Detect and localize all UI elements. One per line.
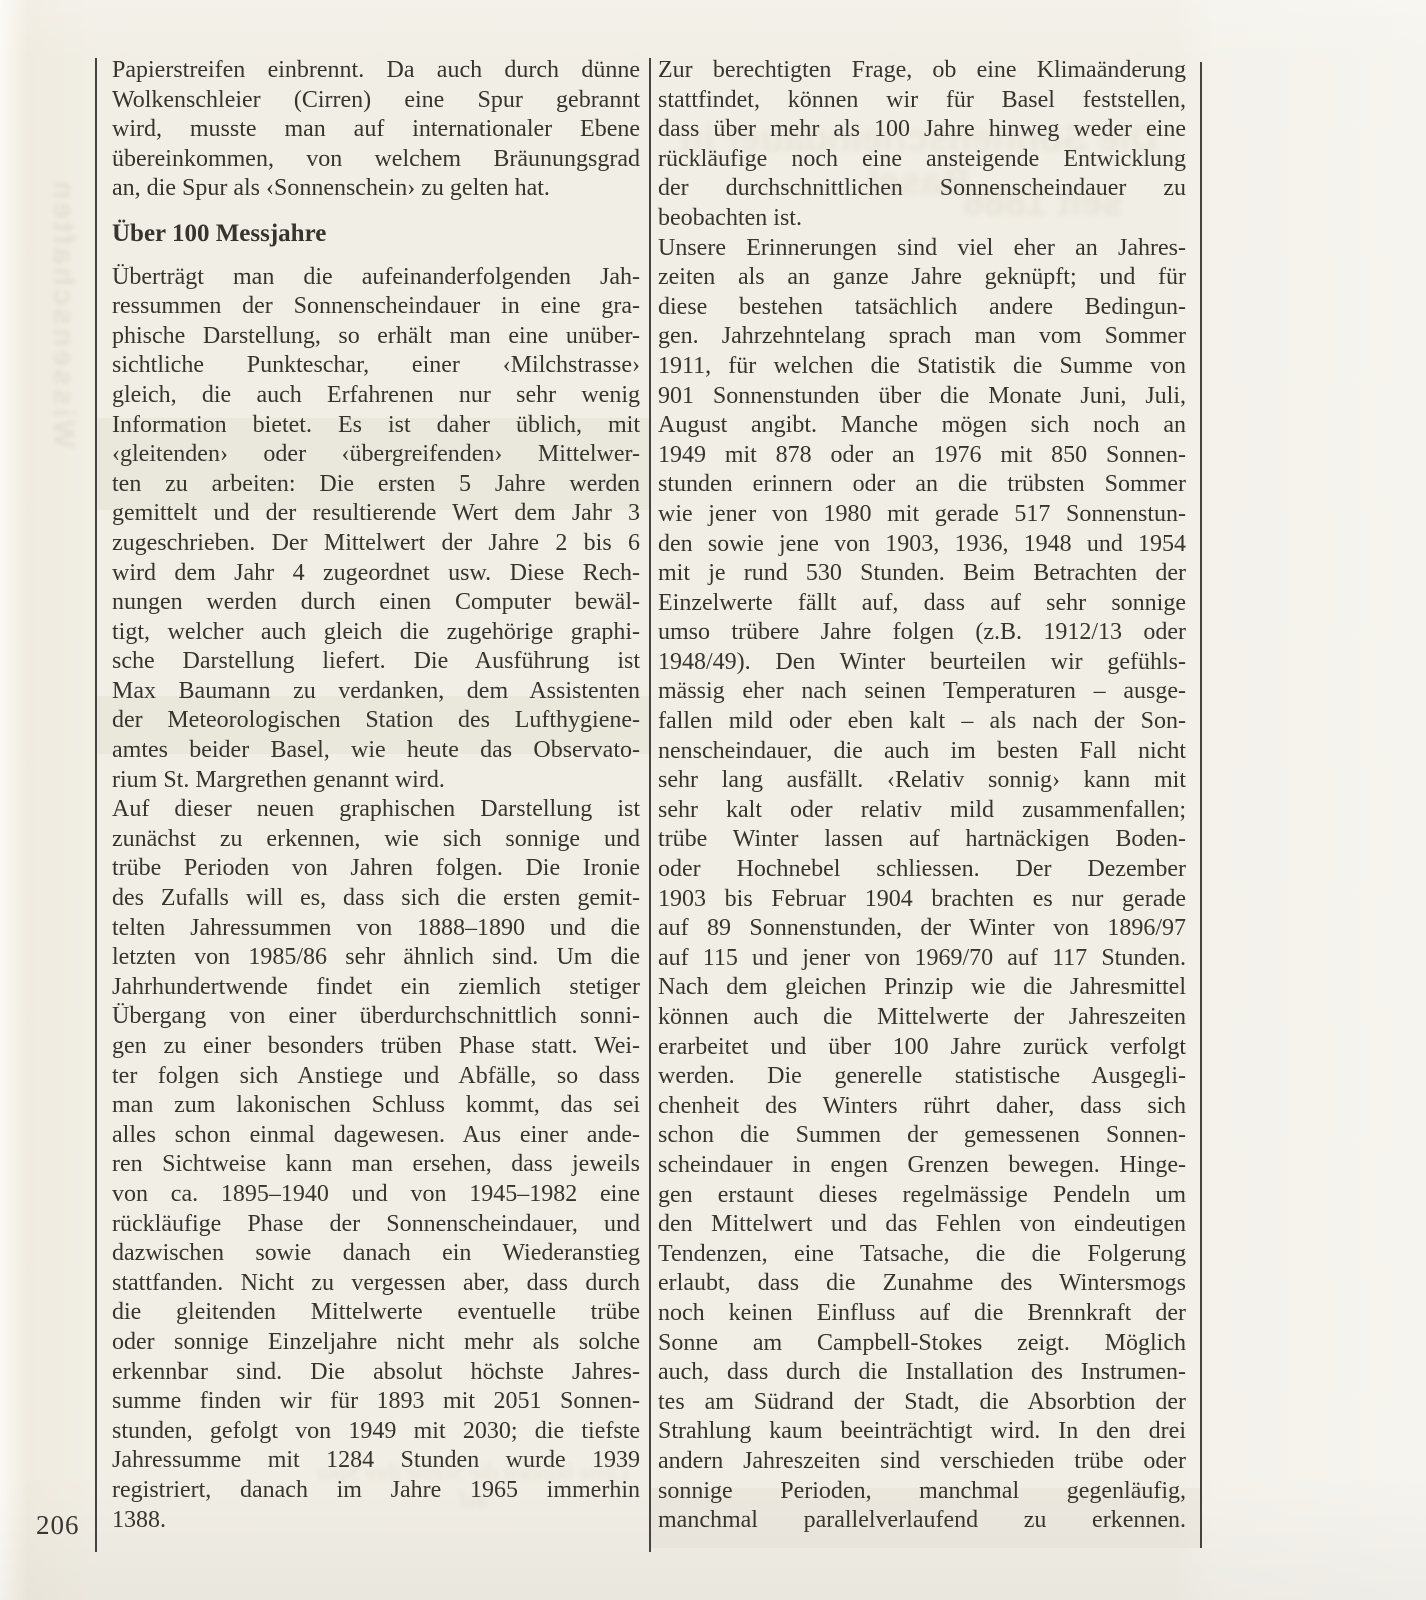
- text-line: ren Sichtweise kann man ersehen, dass je…: [112, 1150, 640, 1180]
- text-line: 1388.: [112, 1506, 640, 1536]
- text-line: rückläufige Phase der Sonnenscheindauer,…: [112, 1210, 640, 1240]
- right-paragraphs: Zur berechtigten Frage, ob eine Klimaänd…: [658, 56, 1186, 1536]
- right-column: Zur berechtigten Frage, ob eine Klimaänd…: [658, 56, 1186, 1536]
- text-line: rückläufige noch eine ansteigende Entwic…: [658, 145, 1186, 175]
- text-line: übereinkommen, von welchem Bräunungsgrad: [112, 145, 640, 175]
- scanned-page: Wissenschaften Die Sonnenscheindauer in …: [0, 0, 1426, 1600]
- text-line: rium St. Margrethen genannt wird.: [112, 766, 640, 796]
- text-line: dazwischen sowie danach ein Wiederanstie…: [112, 1239, 640, 1269]
- text-line: Strahlung kaum beeinträchtigt wird. In d…: [658, 1417, 1186, 1447]
- text-line: Jahressumme mit 1284 Stunden wurde 1939: [112, 1446, 640, 1476]
- text-line: tigt, welcher auch gleich die zugehörige…: [112, 618, 640, 648]
- text-line: Nach dem gleichen Prinzip wie die Jahres…: [658, 973, 1186, 1003]
- text-line: Max Baumann zu verdanken, dem Assistente…: [112, 677, 640, 707]
- text-line: August angibt. Manche mögen sich noch an: [658, 411, 1186, 441]
- left-column-rule: [95, 58, 97, 1552]
- text-line: des Zufalls will es, dass sich die erste…: [112, 884, 640, 914]
- text-line: erkennbar sind. Die absolut höchste Jahr…: [112, 1358, 640, 1388]
- text-line: gen. Jahrzehntelang sprach man vom Somme…: [658, 322, 1186, 352]
- text-line: auf 115 und jener von 1969/70 auf 117 St…: [658, 944, 1186, 974]
- text-line: alles schon einmal dagewesen. Aus einer …: [112, 1121, 640, 1151]
- text-line: gen erstaunt dieses regelmässige Pendeln…: [658, 1181, 1186, 1211]
- text-line: wie jener von 1980 mit gerade 517 Sonnen…: [658, 500, 1186, 530]
- bleedthrough-margin-text: Wissenschaften: [38, 88, 80, 448]
- text-line: Information bietet. Es ist daher üblich,…: [112, 411, 640, 441]
- text-line: 1903 bis Februar 1904 brachten es nur ge…: [658, 885, 1186, 915]
- text-line: sichtliche Punkteschar, einer ‹Milchstra…: [112, 351, 640, 381]
- text-line: stunden, gefolgt von 1949 mit 2030; die …: [112, 1417, 640, 1447]
- text-line: trübe Perioden von Jahren folgen. Die Ir…: [112, 854, 640, 884]
- center-column-rule: [649, 58, 651, 1552]
- text-line: Auf dieser neuen graphischen Darstellung…: [112, 795, 640, 825]
- text-line: stattfindet, können wir für Basel festst…: [658, 86, 1186, 116]
- text-line: diese bestehen tatsächlich andere Beding…: [658, 293, 1186, 323]
- text-line: ten zu arbeiten: Die ersten 5 Jahre werd…: [112, 470, 640, 500]
- text-line: von ca. 1895–1940 und von 1945–1982 eine: [112, 1180, 640, 1210]
- text-line: Zur berechtigten Frage, ob eine Klimaänd…: [658, 56, 1186, 86]
- text-line: registriert, danach im Jahre 1965 immerh…: [112, 1476, 640, 1506]
- text-line: zugeschrieben. Der Mittelwert der Jahre …: [112, 529, 640, 559]
- text-line: mit je rund 530 Stunden. Beim Betrachten…: [658, 559, 1186, 589]
- text-line: telten Jahressummen von 1888–1890 und di…: [112, 914, 640, 944]
- text-line: ressummen der Sonnenscheindauer in eine …: [112, 292, 640, 322]
- text-line: nungen werden durch einen Computer bewäl…: [112, 588, 640, 618]
- text-line: summe finden wir für 1893 mit 2051 Sonne…: [112, 1387, 640, 1417]
- text-line: gleich, die auch Erfahrenen nur sehr wen…: [112, 381, 640, 411]
- text-line: umso trübere Jahre folgen (z.B. 1912/13 …: [658, 618, 1186, 648]
- text-line: stattfanden. Nicht zu vergessen aber, da…: [112, 1269, 640, 1299]
- text-line: 1948/49). Den Winter beurteilen wir gefü…: [658, 648, 1186, 678]
- text-line: Papierstreifen einbrennt. Da auch durch …: [112, 56, 640, 86]
- text-line: gemittelt und der resultierende Wert dem…: [112, 499, 640, 529]
- text-line: nenscheindauer, die auch im besten Fall …: [658, 737, 1186, 767]
- text-line: sehr lang ausfällt. ‹Relativ sonnig› kan…: [658, 766, 1186, 796]
- text-line: oder sonnige Einzeljahre nicht mehr als …: [112, 1328, 640, 1358]
- text-line: Unsere Erinnerungen sind viel eher an Ja…: [658, 234, 1186, 264]
- text-line: phische Darstellung, so erhält man eine …: [112, 322, 640, 352]
- text-line: gen zu einer besonders trüben Phase stat…: [112, 1032, 640, 1062]
- text-line: werden. Die generelle statistische Ausge…: [658, 1062, 1186, 1092]
- text-line: chenheit des Winters rührt daher, dass s…: [658, 1092, 1186, 1122]
- left-paragraph-1: Papierstreifen einbrennt. Da auch durch …: [112, 56, 640, 204]
- text-line: Wolkenschleier (Cirren) eine Spur gebran…: [112, 86, 640, 116]
- text-line: 901 Sonnenstunden über die Monate Juni, …: [658, 382, 1186, 412]
- text-line: Sonne am Campbell-Stokes zeigt. Möglich: [658, 1329, 1186, 1359]
- text-line: 1949 mit 878 oder an 1976 mit 850 Sonnen…: [658, 441, 1186, 471]
- text-line: stunden erinnern oder an die trübsten So…: [658, 470, 1186, 500]
- section-heading: Über 100 Messjahre: [112, 204, 640, 249]
- text-line: manchmal parallelverlaufend zu erkennen.: [658, 1506, 1186, 1536]
- page-number: 206: [36, 1510, 80, 1541]
- text-line: ‹gleitenden› oder ‹übergreifenden› Mitte…: [112, 440, 640, 470]
- text-line: den Mittelwert und das Fehlen von eindeu…: [658, 1210, 1186, 1240]
- text-line: 1911, für welchen die Statistik die Summ…: [658, 352, 1186, 382]
- text-line: den sowie jene von 1903, 1936, 1948 und …: [658, 530, 1186, 560]
- text-line: Einzelwerte fällt auf, dass auf sehr son…: [658, 589, 1186, 619]
- left-column: Papierstreifen einbrennt. Da auch durch …: [112, 56, 640, 1535]
- text-line: wird, musste man auf internationaler Ebe…: [112, 115, 640, 145]
- text-line: Überträgt man die aufeinanderfolgenden J…: [112, 263, 640, 293]
- text-line: die gleitenden Mittelwerte eventuelle tr…: [112, 1298, 640, 1328]
- text-line: der Meteorologischen Station des Lufthyg…: [112, 706, 640, 736]
- text-line: trübe Winter lassen auf hartnäckigen Bod…: [658, 825, 1186, 855]
- text-line: Tendenzen, eine Tatsache, die die Folger…: [658, 1240, 1186, 1270]
- text-line: amtes beider Basel, wie heute das Observ…: [112, 736, 640, 766]
- text-line: mässig eher nach seinen Temperaturen – a…: [658, 677, 1186, 707]
- text-line: Jahrhundertwende findet ein ziemlich ste…: [112, 973, 640, 1003]
- text-line: fallen mild oder eben kalt – als nach de…: [658, 707, 1186, 737]
- text-line: ter folgen sich Anstiege und Abfälle, so…: [112, 1062, 640, 1092]
- text-line: können auch die Mittelwerte der Jahresze…: [658, 1003, 1186, 1033]
- text-line: erlaubt, dass die Zunahme des Wintersmog…: [658, 1269, 1186, 1299]
- text-line: wird dem Jahr 4 zugeordnet usw. Diese Re…: [112, 559, 640, 589]
- text-line: auf 89 Sonnenstunden, der Winter von 189…: [658, 914, 1186, 944]
- text-line: der durchschnittlichen Sonnenscheindauer…: [658, 174, 1186, 204]
- text-line: zunächst zu erkennen, wie sich sonnige u…: [112, 825, 640, 855]
- text-line: Übergang von einer überdurchschnittlich …: [112, 1002, 640, 1032]
- text-line: auch, dass durch die Installation des In…: [658, 1358, 1186, 1388]
- right-column-rule: [1200, 62, 1202, 1548]
- text-line: sonnige Perioden, manchmal gegenläufig,: [658, 1477, 1186, 1507]
- text-line: beobachten ist.: [658, 204, 1186, 234]
- left-paragraph-2: Überträgt man die aufeinanderfolgenden J…: [112, 263, 640, 1536]
- text-line: oder Hochnebel schliessen. Der Dezember: [658, 855, 1186, 885]
- text-line: man zum lakonischen Schluss kommt, das s…: [112, 1091, 640, 1121]
- text-line: dass über mehr als 100 Jahre hinweg wede…: [658, 115, 1186, 145]
- text-line: noch keinen Einfluss auf die Brennkraft …: [658, 1299, 1186, 1329]
- text-line: sche Darstellung liefert. Die Ausführung…: [112, 647, 640, 677]
- text-line: letzten von 1985/86 sehr ähnlich sind. U…: [112, 943, 640, 973]
- text-line: schon die Summen der gemessenen Sonnen-: [658, 1121, 1186, 1151]
- text-line: andern Jahreszeiten sind verschieden trü…: [658, 1447, 1186, 1477]
- text-line: scheindauer in engen Grenzen bewegen. Hi…: [658, 1151, 1186, 1181]
- text-line: an, die Spur als ‹Sonnenschein› zu gelte…: [112, 174, 640, 204]
- text-line: erarbeitet und über 100 Jahre zurück ver…: [658, 1033, 1186, 1063]
- text-line: sehr kalt oder relativ mild zusammenfall…: [658, 796, 1186, 826]
- text-line: zeiten als an ganze Jahre geknüpft; und …: [658, 263, 1186, 293]
- text-line: tes am Südrand der Stadt, die Absorbtion…: [658, 1388, 1186, 1418]
